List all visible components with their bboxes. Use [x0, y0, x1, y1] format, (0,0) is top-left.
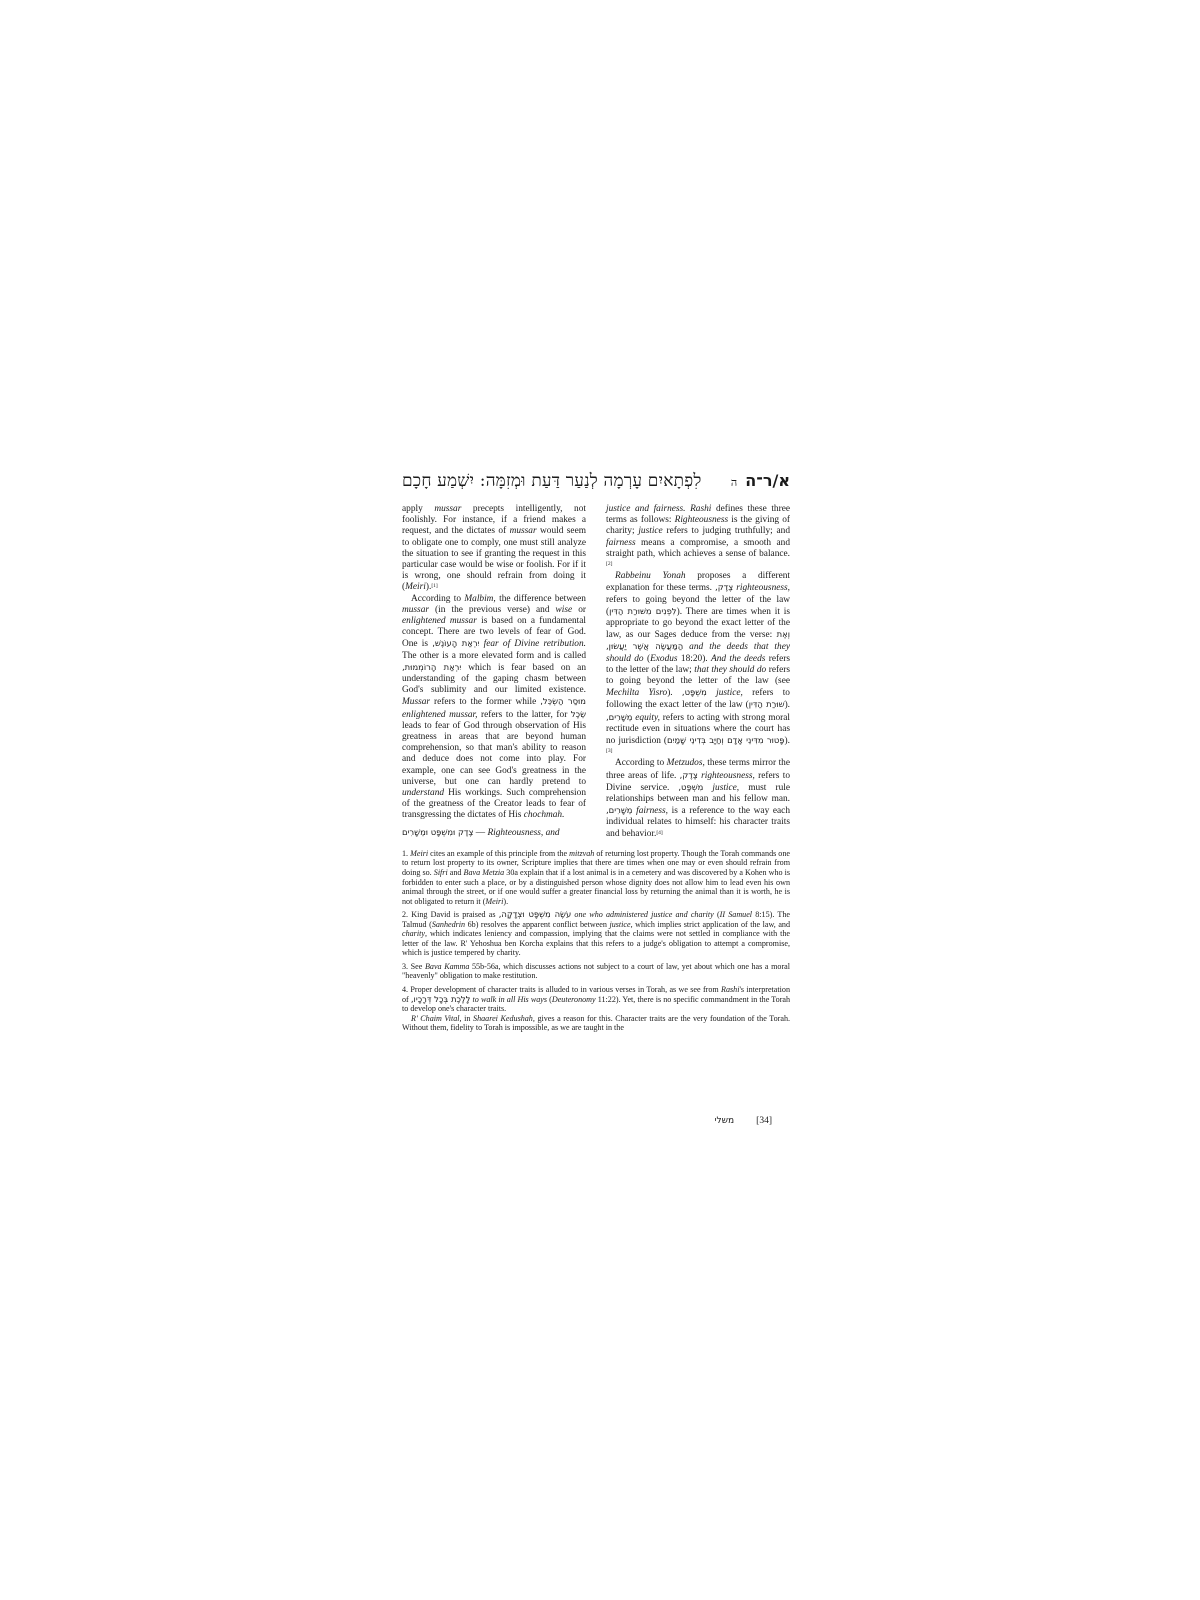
hebrew-verse-text: לִפְתָאיִם עָרְמָה לְנַעַר דַּעַת וּמְזִ… — [402, 470, 723, 492]
paragraph: According to Metzudos, these terms mirro… — [606, 758, 790, 839]
page-number: [34] — [756, 1116, 772, 1126]
footnote-4-continued: R' Chaim Vital, in Shaarei Kedushah, giv… — [402, 1014, 790, 1033]
book-page: א/ר־ה ה לִפְתָאיִם עָרְמָה לְנַעַר דַּעַ… — [402, 470, 790, 1037]
right-column: justice and fairness. Rashi defines thes… — [606, 504, 790, 840]
footnotes: 1. Meiri cites an example of this princi… — [402, 849, 790, 1033]
chapter-verse-reference: א/ר־ה — [745, 470, 790, 492]
paragraph: According to Malbim, the difference betw… — [402, 594, 586, 822]
book-name: משלי — [715, 1116, 735, 1126]
paragraph: Rabbeinu Yonah proposes a different expl… — [606, 571, 790, 758]
footnote-4: 4. Proper development of character trait… — [402, 985, 790, 1014]
footnote-ref[interactable]: [2] — [606, 561, 612, 567]
left-column: apply mussar precepts intelligently, not… — [402, 504, 586, 840]
footnote-3: 3. See Bava Kamma 55b-56a, which discuss… — [402, 962, 790, 981]
running-header: א/ר־ה ה לִפְתָאיִם עָרְמָה לְנַעַר דַּעַ… — [402, 470, 790, 496]
verse-number: ה — [731, 472, 737, 494]
paragraph: justice and fairness. Rashi defines thes… — [606, 504, 790, 571]
paragraph: apply mussar precepts intelligently, not… — [402, 504, 586, 594]
lemma-heading: צֶדֶק וּמִשְׁפָּט וּמֵשָׁרִים — Righteou… — [402, 827, 586, 839]
footnote-ref[interactable]: [3] — [606, 748, 612, 754]
page-footer: משלי [34] — [715, 1116, 772, 1126]
footnote-2: 2. King David is praised as עֹשֶׂה מִשְׁ… — [402, 910, 790, 958]
footnote-ref[interactable]: [4] — [656, 830, 662, 836]
footnote-1: 1. Meiri cites an example of this princi… — [402, 849, 790, 906]
commentary-columns: apply mussar precepts intelligently, not… — [402, 504, 790, 840]
footnote-ref[interactable]: [1] — [431, 583, 437, 589]
